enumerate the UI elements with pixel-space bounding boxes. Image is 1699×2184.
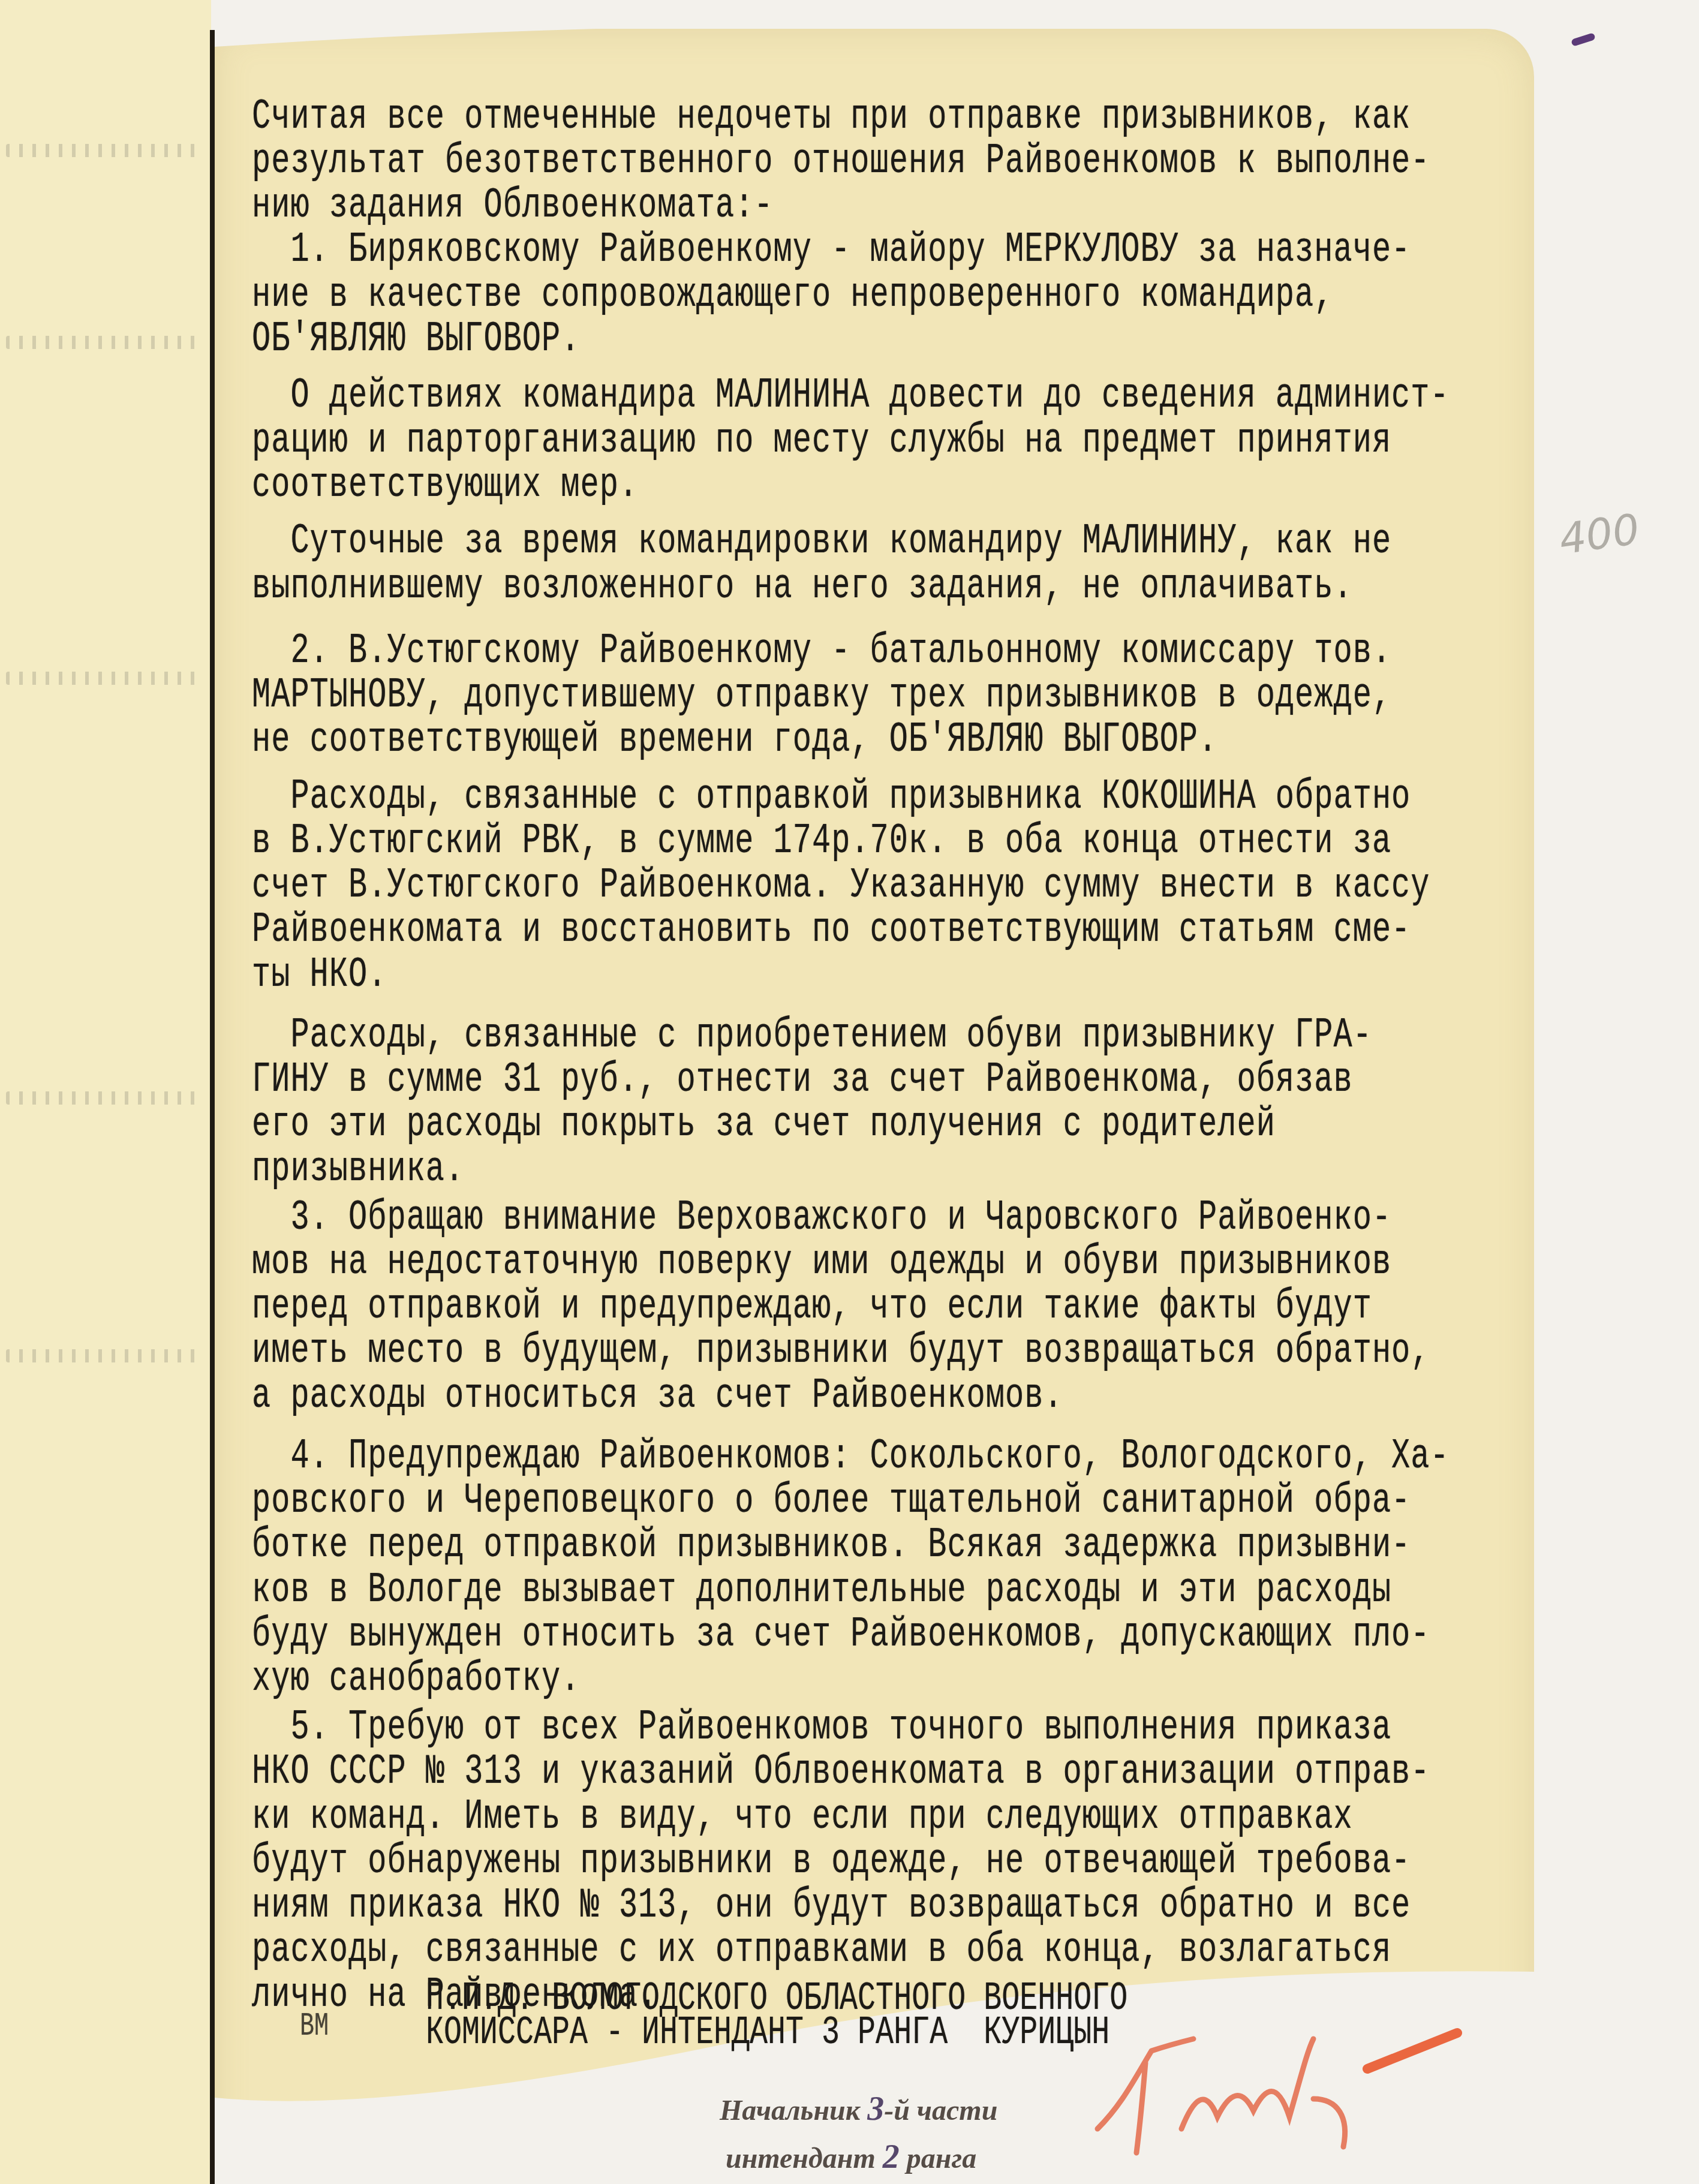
text-line: выполнившему возложенного на него задани…: [252, 565, 1353, 607]
bleed-through-text: [6, 144, 204, 157]
text-line: будут обнаружены призывники в одежде, не…: [252, 1840, 1411, 1882]
text-line: а расходы относиться за счет Райвоенкомо…: [252, 1375, 1063, 1417]
bleed-through-text: [6, 1091, 204, 1105]
adjacent-left-page: [0, 0, 211, 2184]
text-line: не соответствующей времени года, ОБ'ЯВЛЯ…: [252, 720, 1217, 762]
text-line: в В.Устюгский РВК, в сумме 174р.70к. в о…: [252, 820, 1391, 862]
bleed-through-text: [6, 1349, 204, 1362]
text-line: призывника.: [252, 1148, 464, 1190]
text-line: Райвоенкомата и восстановить по соответс…: [252, 910, 1411, 952]
copy-mark: ВМ: [300, 2011, 329, 2044]
text-line: хую санобработку.: [252, 1659, 581, 1701]
text-line: ГИНУ в сумме 31 руб., отнести за счет Ра…: [252, 1060, 1353, 1102]
red-handwritten-signature: [1085, 2027, 1493, 2159]
bleed-through-text: [6, 672, 204, 685]
text-line: счет В.Устюгского Райвоенкома. Указанную…: [252, 865, 1430, 907]
text-line: ние в качестве сопровождающего непровере…: [252, 274, 1333, 316]
text-line: иметь место в будущем, призывники будут …: [252, 1331, 1430, 1373]
text-line: нию задания Облвоенкомата:-: [252, 185, 774, 227]
text-line: ты НКО.: [252, 954, 387, 996]
text-line: 1. Биряковскому Райвоенкому - майору МЕР…: [252, 230, 1411, 272]
text-line: 3. Обращаю внимание Верховажского и Чаро…: [252, 1197, 1391, 1239]
text-line: 2. В.Устюгскому Райвоенкому - батальонно…: [252, 630, 1391, 672]
text-line: НКО СССР № 313 и указаний Облвоенкомата …: [252, 1752, 1430, 1794]
stamp-line-1: Начальник 3-й части: [720, 2090, 997, 2128]
signatory-line: КОМИССАРА - ИНТЕНДАНТ 3 РАНГА КУРИЦЫН: [426, 2013, 1109, 2054]
text-line: перед отправкой и предупреждаю, что если…: [252, 1286, 1372, 1328]
ink-mark: [1571, 32, 1596, 47]
text-line: соответствующих мер.: [252, 464, 638, 506]
text-line: 5. Требую от всех Райвоенкомов точного в…: [252, 1707, 1391, 1749]
text-line: Считая все отмеченные недочеты при отпра…: [252, 96, 1411, 138]
text-line: ки команд. Иметь в виду, что если при сл…: [252, 1796, 1353, 1838]
text-line: расходы, связанные с их отправками в оба…: [252, 1930, 1391, 1972]
text-line: буду вынужден относить за счет Райвоенко…: [252, 1614, 1430, 1656]
margin-pencil-note: 400: [1556, 504, 1643, 564]
text-line: МАРТЫНОВУ, допустившему отправку трех пр…: [252, 675, 1391, 717]
text-line: его эти расходы покрыть за счет получени…: [252, 1104, 1276, 1146]
text-line: мов на недостаточную поверку ими одежды …: [252, 1241, 1391, 1283]
text-line: ОБ'ЯВЛЯЮ ВЫГОВОР.: [252, 318, 581, 360]
text-line: Расходы, связанные с отправкой призывник…: [252, 776, 1411, 818]
text-line: ботке перед отправкой призывников. Всяка…: [252, 1525, 1411, 1567]
text-line: ниям приказа НКО № 313, они будут возвра…: [252, 1885, 1411, 1927]
text-line: результат безответственного отношения Ра…: [252, 140, 1430, 182]
text-line: рацию и парторганизацию по месту службы …: [252, 420, 1391, 462]
text-line: ков в Вологде вызывает дополнительные ра…: [252, 1569, 1391, 1611]
stamp-line-2: интендант 2 ранга: [726, 2138, 976, 2176]
text-line: О действиях командира МАЛИНИНА довести д…: [252, 375, 1450, 417]
book-spine: [210, 30, 215, 2184]
bleed-through-text: [6, 336, 204, 349]
text-line: 4. Предупреждаю Райвоенкомов: Сокольског…: [252, 1436, 1450, 1478]
text-line: ровского и Череповецкого о более тщатель…: [252, 1481, 1411, 1523]
text-line: Расходы, связанные с приобретением обуви…: [252, 1015, 1372, 1057]
text-line: Суточные за время командировки командиру…: [252, 521, 1391, 563]
